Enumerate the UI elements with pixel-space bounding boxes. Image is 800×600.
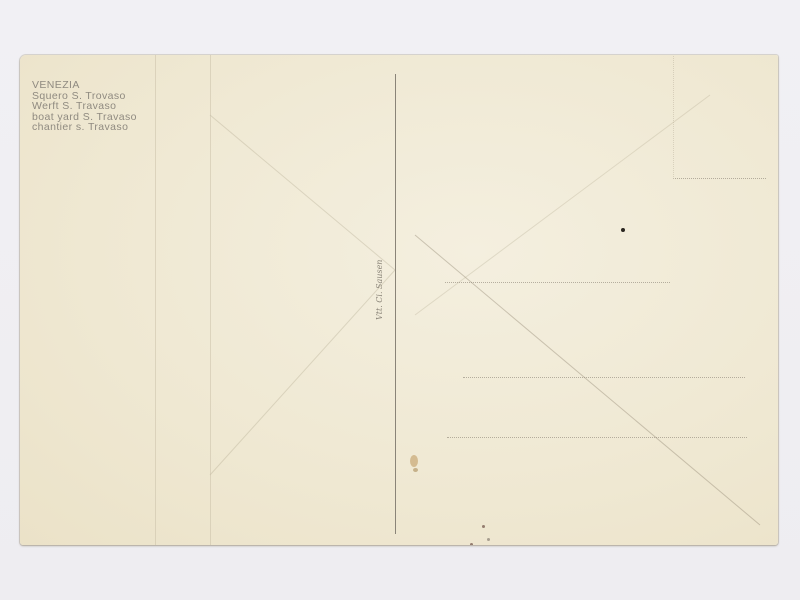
publisher-imprint: Vtt. Ci. Sausen xyxy=(375,260,384,320)
stain-spot xyxy=(413,468,418,472)
address-line-3 xyxy=(447,437,747,438)
address-line-1 xyxy=(445,282,670,283)
caption-block: VENEZIA Squero S. Trovaso Werft S. Trava… xyxy=(32,80,137,133)
stain-spot xyxy=(410,455,418,467)
caption-german: Werft S. Travaso xyxy=(32,101,137,112)
ink-spot xyxy=(621,228,625,232)
postcard-back: VENEZIA Squero S. Trovaso Werft S. Trava… xyxy=(20,55,778,545)
center-divider xyxy=(395,74,396,534)
stain-spot xyxy=(470,543,473,545)
fold-line-left xyxy=(155,55,156,545)
stain-spot xyxy=(482,525,485,528)
address-line-2 xyxy=(463,377,745,378)
stain-spot xyxy=(487,538,490,541)
caption-french: chantier s. Travaso xyxy=(32,122,137,133)
fold-line-right xyxy=(210,55,211,545)
stamp-box xyxy=(673,55,766,179)
caption-city: VENEZIA xyxy=(32,80,137,91)
